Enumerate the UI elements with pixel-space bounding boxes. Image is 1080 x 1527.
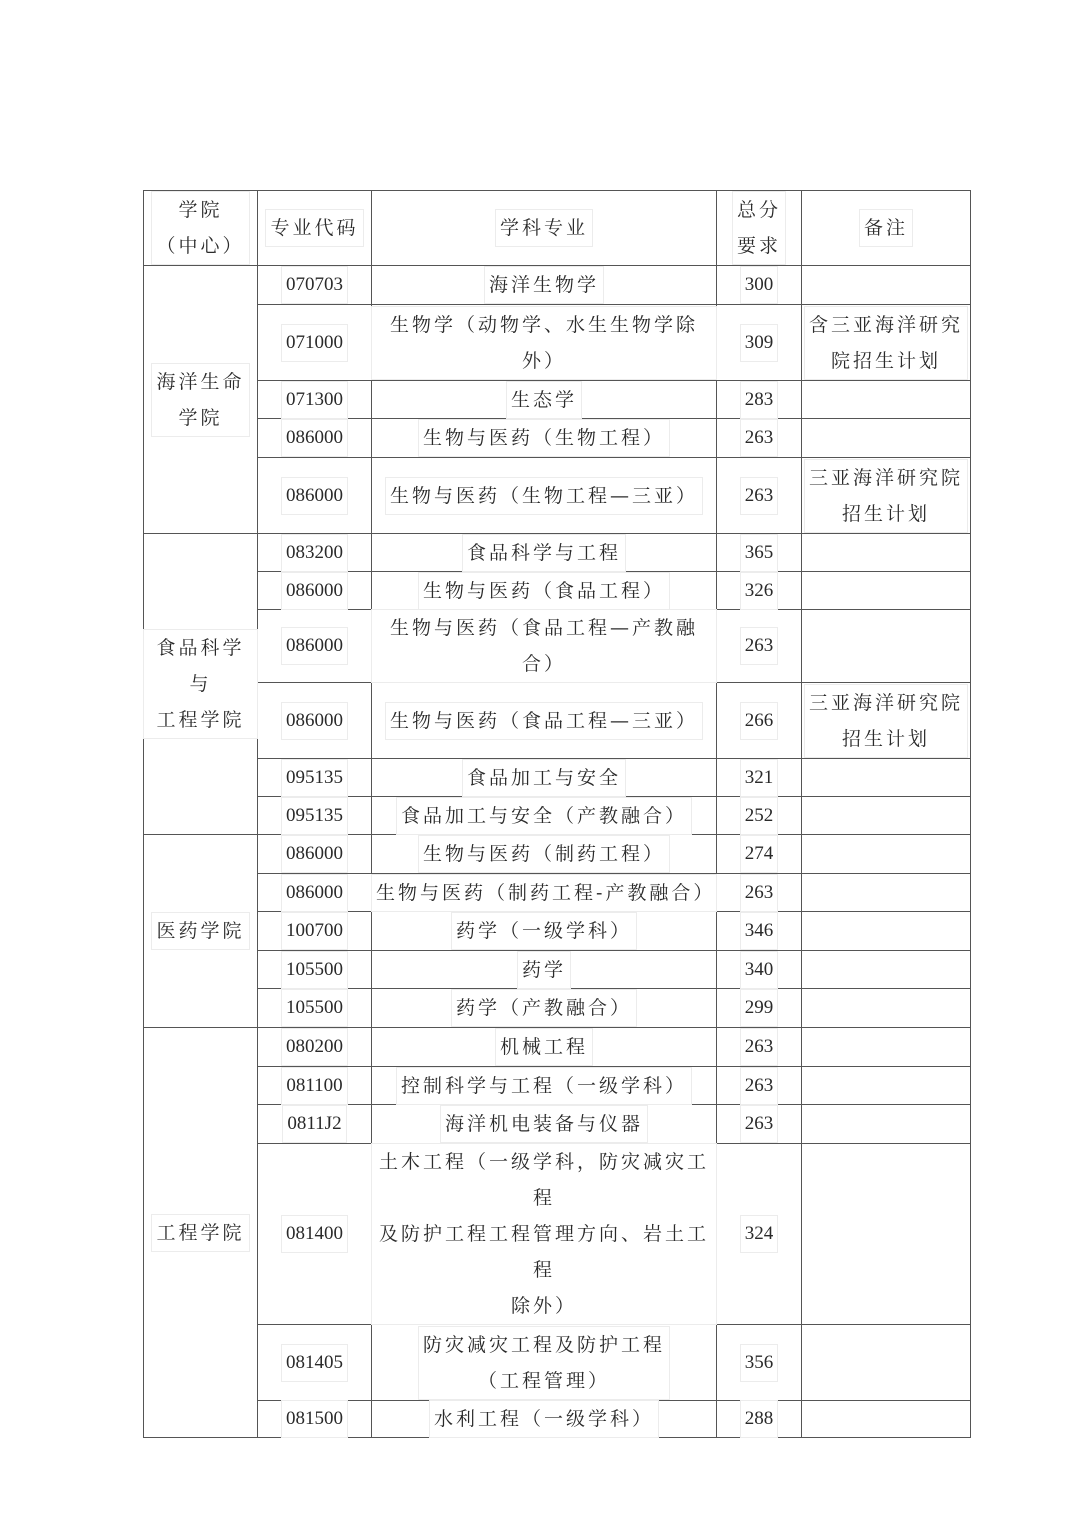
major-code-cell: 086000 xyxy=(258,874,372,912)
major-name-cell: 药学（一级学科） xyxy=(372,912,717,951)
major-name-cell: 机械工程 xyxy=(372,1028,717,1067)
table-row: 081500水利工程（一级学科）288 xyxy=(144,1401,971,1438)
table-row: 医药学院086000生物与医药（制药工程）274 xyxy=(144,835,971,874)
major-code-cell: 086000 xyxy=(258,419,372,458)
score-cell: 263 xyxy=(717,874,802,912)
major-code-cell: 095135 xyxy=(258,797,372,835)
table-row: 海洋生命学院070703海洋生物学300 xyxy=(144,266,971,305)
table-row: 095135食品加工与安全321 xyxy=(144,759,971,797)
score-cell: 263 xyxy=(717,1028,802,1067)
table-row: 105500药学340 xyxy=(144,951,971,989)
table-row: 086000生物与医药（生物工程）263 xyxy=(144,419,971,458)
college-cell: 医药学院 xyxy=(144,835,258,1028)
major-code-cell: 086000 xyxy=(258,458,372,534)
table-row: 0811J2海洋机电装备与仪器263 xyxy=(144,1105,971,1144)
note-cell xyxy=(802,951,971,989)
note-cell: 三亚海洋研究院招生计划 xyxy=(802,683,971,759)
table-row: 071000生物学（动物学、水生生物学除外）309含三亚海洋研究院招生计划 xyxy=(144,305,971,381)
score-cell: 263 xyxy=(717,458,802,534)
major-name-cell: 土木工程（一级学科，防灾减灾工程及防护工程工程管理方向、岩土工程除外） xyxy=(372,1144,717,1325)
major-name-cell: 生物学（动物学、水生生物学除外） xyxy=(372,305,717,381)
table-row: 081400土木工程（一级学科，防灾减灾工程及防护工程工程管理方向、岩土工程除外… xyxy=(144,1144,971,1325)
major-name-cell: 防灾减灾工程及防护工程（工程管理） xyxy=(372,1325,717,1401)
note-cell xyxy=(802,1067,971,1105)
major-code-cell: 081100 xyxy=(258,1067,372,1105)
major-name-cell: 生态学 xyxy=(372,381,717,419)
score-cell: 263 xyxy=(717,419,802,458)
table-row: 071300生态学283 xyxy=(144,381,971,419)
header-major: 学科专业 xyxy=(372,191,717,266)
score-cell: 309 xyxy=(717,305,802,381)
score-cell: 356 xyxy=(717,1325,802,1401)
score-cell: 252 xyxy=(717,797,802,835)
major-name-cell: 食品加工与安全（产教融合） xyxy=(372,797,717,835)
college-cell: 食品科学与工程学院 xyxy=(144,534,258,835)
note-cell xyxy=(802,1144,971,1325)
score-cell: 340 xyxy=(717,951,802,989)
note-cell xyxy=(802,797,971,835)
major-code-cell: 095135 xyxy=(258,759,372,797)
major-name-cell: 生物与医药（生物工程—三亚） xyxy=(372,458,717,534)
note-cell xyxy=(802,572,971,610)
major-code-cell: 071000 xyxy=(258,305,372,381)
major-code-cell: 105500 xyxy=(258,951,372,989)
header-code: 专业代码 xyxy=(258,191,372,266)
note-cell xyxy=(802,1401,971,1438)
major-name-cell: 生物与医药（制药工程-产教融合） xyxy=(372,874,717,912)
major-name-cell: 生物与医药（食品工程—三亚） xyxy=(372,683,717,759)
score-cell: 263 xyxy=(717,1105,802,1144)
table-row: 095135食品加工与安全（产教融合）252 xyxy=(144,797,971,835)
table-row: 081405防灾减灾工程及防护工程（工程管理）356 xyxy=(144,1325,971,1401)
table-row: 086000生物与医药（食品工程—三亚）266三亚海洋研究院招生计划 xyxy=(144,683,971,759)
table-row: 086000生物与医药（食品工程）326 xyxy=(144,572,971,610)
major-name-cell: 药学 xyxy=(372,951,717,989)
header-score: 总分要求 xyxy=(717,191,802,266)
major-name-cell: 生物与医药（食品工程） xyxy=(372,572,717,610)
score-cell: 321 xyxy=(717,759,802,797)
score-cell: 283 xyxy=(717,381,802,419)
major-name-cell: 生物与医药（制药工程） xyxy=(372,835,717,874)
college-cell: 工程学院 xyxy=(144,1028,258,1438)
major-code-cell: 083200 xyxy=(258,534,372,572)
table-header-row: 学院（中心） 专业代码 学科专业 总分要求 备注 xyxy=(144,191,971,266)
score-cell: 274 xyxy=(717,835,802,874)
table-row: 105500药学（产教融合）299 xyxy=(144,989,971,1028)
major-name-cell: 食品加工与安全 xyxy=(372,759,717,797)
major-name-cell: 生物与医药（生物工程） xyxy=(372,419,717,458)
score-cell: 263 xyxy=(717,1067,802,1105)
table-row: 100700药学（一级学科）346 xyxy=(144,912,971,951)
major-code-cell: 070703 xyxy=(258,266,372,305)
score-cell: 326 xyxy=(717,572,802,610)
major-code-cell: 086000 xyxy=(258,683,372,759)
major-code-cell: 086000 xyxy=(258,835,372,874)
note-cell xyxy=(802,419,971,458)
admission-score-table: 学院（中心） 专业代码 学科专业 总分要求 备注 海洋生命学院070703海洋生… xyxy=(143,190,971,1438)
table-row: 工程学院080200机械工程263 xyxy=(144,1028,971,1067)
major-code-cell: 086000 xyxy=(258,572,372,610)
score-cell: 263 xyxy=(717,610,802,683)
table-row: 081100控制科学与工程（一级学科）263 xyxy=(144,1067,971,1105)
major-name-cell: 水利工程（一级学科） xyxy=(372,1401,717,1438)
score-cell: 365 xyxy=(717,534,802,572)
table-row: 086000生物与医药（生物工程—三亚）263三亚海洋研究院招生计划 xyxy=(144,458,971,534)
score-cell: 300 xyxy=(717,266,802,305)
table-row: 086000生物与医药（制药工程-产教融合）263 xyxy=(144,874,971,912)
table-row: 食品科学与工程学院083200食品科学与工程365 xyxy=(144,534,971,572)
note-cell xyxy=(802,912,971,951)
note-cell xyxy=(802,381,971,419)
major-name-cell: 海洋生物学 xyxy=(372,266,717,305)
note-cell xyxy=(802,534,971,572)
major-code-cell: 100700 xyxy=(258,912,372,951)
note-cell: 三亚海洋研究院招生计划 xyxy=(802,458,971,534)
major-code-cell: 081500 xyxy=(258,1401,372,1438)
major-code-cell: 080200 xyxy=(258,1028,372,1067)
major-name-cell: 药学（产教融合） xyxy=(372,989,717,1028)
header-note: 备注 xyxy=(802,191,971,266)
major-code-cell: 0811J2 xyxy=(258,1105,372,1144)
major-name-cell: 生物与医药（食品工程—产教融合） xyxy=(372,610,717,683)
note-cell xyxy=(802,610,971,683)
note-cell xyxy=(802,759,971,797)
major-code-cell: 071300 xyxy=(258,381,372,419)
college-cell: 海洋生命学院 xyxy=(144,266,258,534)
major-code-cell: 081405 xyxy=(258,1325,372,1401)
note-cell xyxy=(802,1028,971,1067)
note-cell xyxy=(802,266,971,305)
major-code-cell: 081400 xyxy=(258,1144,372,1325)
score-cell: 324 xyxy=(717,1144,802,1325)
note-cell xyxy=(802,835,971,874)
major-name-cell: 海洋机电装备与仪器 xyxy=(372,1105,717,1144)
major-code-cell: 086000 xyxy=(258,610,372,683)
score-cell: 288 xyxy=(717,1401,802,1438)
note-cell xyxy=(802,1325,971,1401)
score-cell: 299 xyxy=(717,989,802,1028)
note-cell: 含三亚海洋研究院招生计划 xyxy=(802,305,971,381)
note-cell xyxy=(802,989,971,1028)
major-name-cell: 食品科学与工程 xyxy=(372,534,717,572)
score-cell: 346 xyxy=(717,912,802,951)
table-body: 海洋生命学院070703海洋生物学300071000生物学（动物学、水生生物学除… xyxy=(144,266,971,1438)
major-code-cell: 105500 xyxy=(258,989,372,1028)
note-cell xyxy=(802,874,971,912)
score-cell: 266 xyxy=(717,683,802,759)
table-row: 086000生物与医药（食品工程—产教融合）263 xyxy=(144,610,971,683)
header-college: 学院（中心） xyxy=(144,191,258,266)
note-cell xyxy=(802,1105,971,1144)
major-name-cell: 控制科学与工程（一级学科） xyxy=(372,1067,717,1105)
